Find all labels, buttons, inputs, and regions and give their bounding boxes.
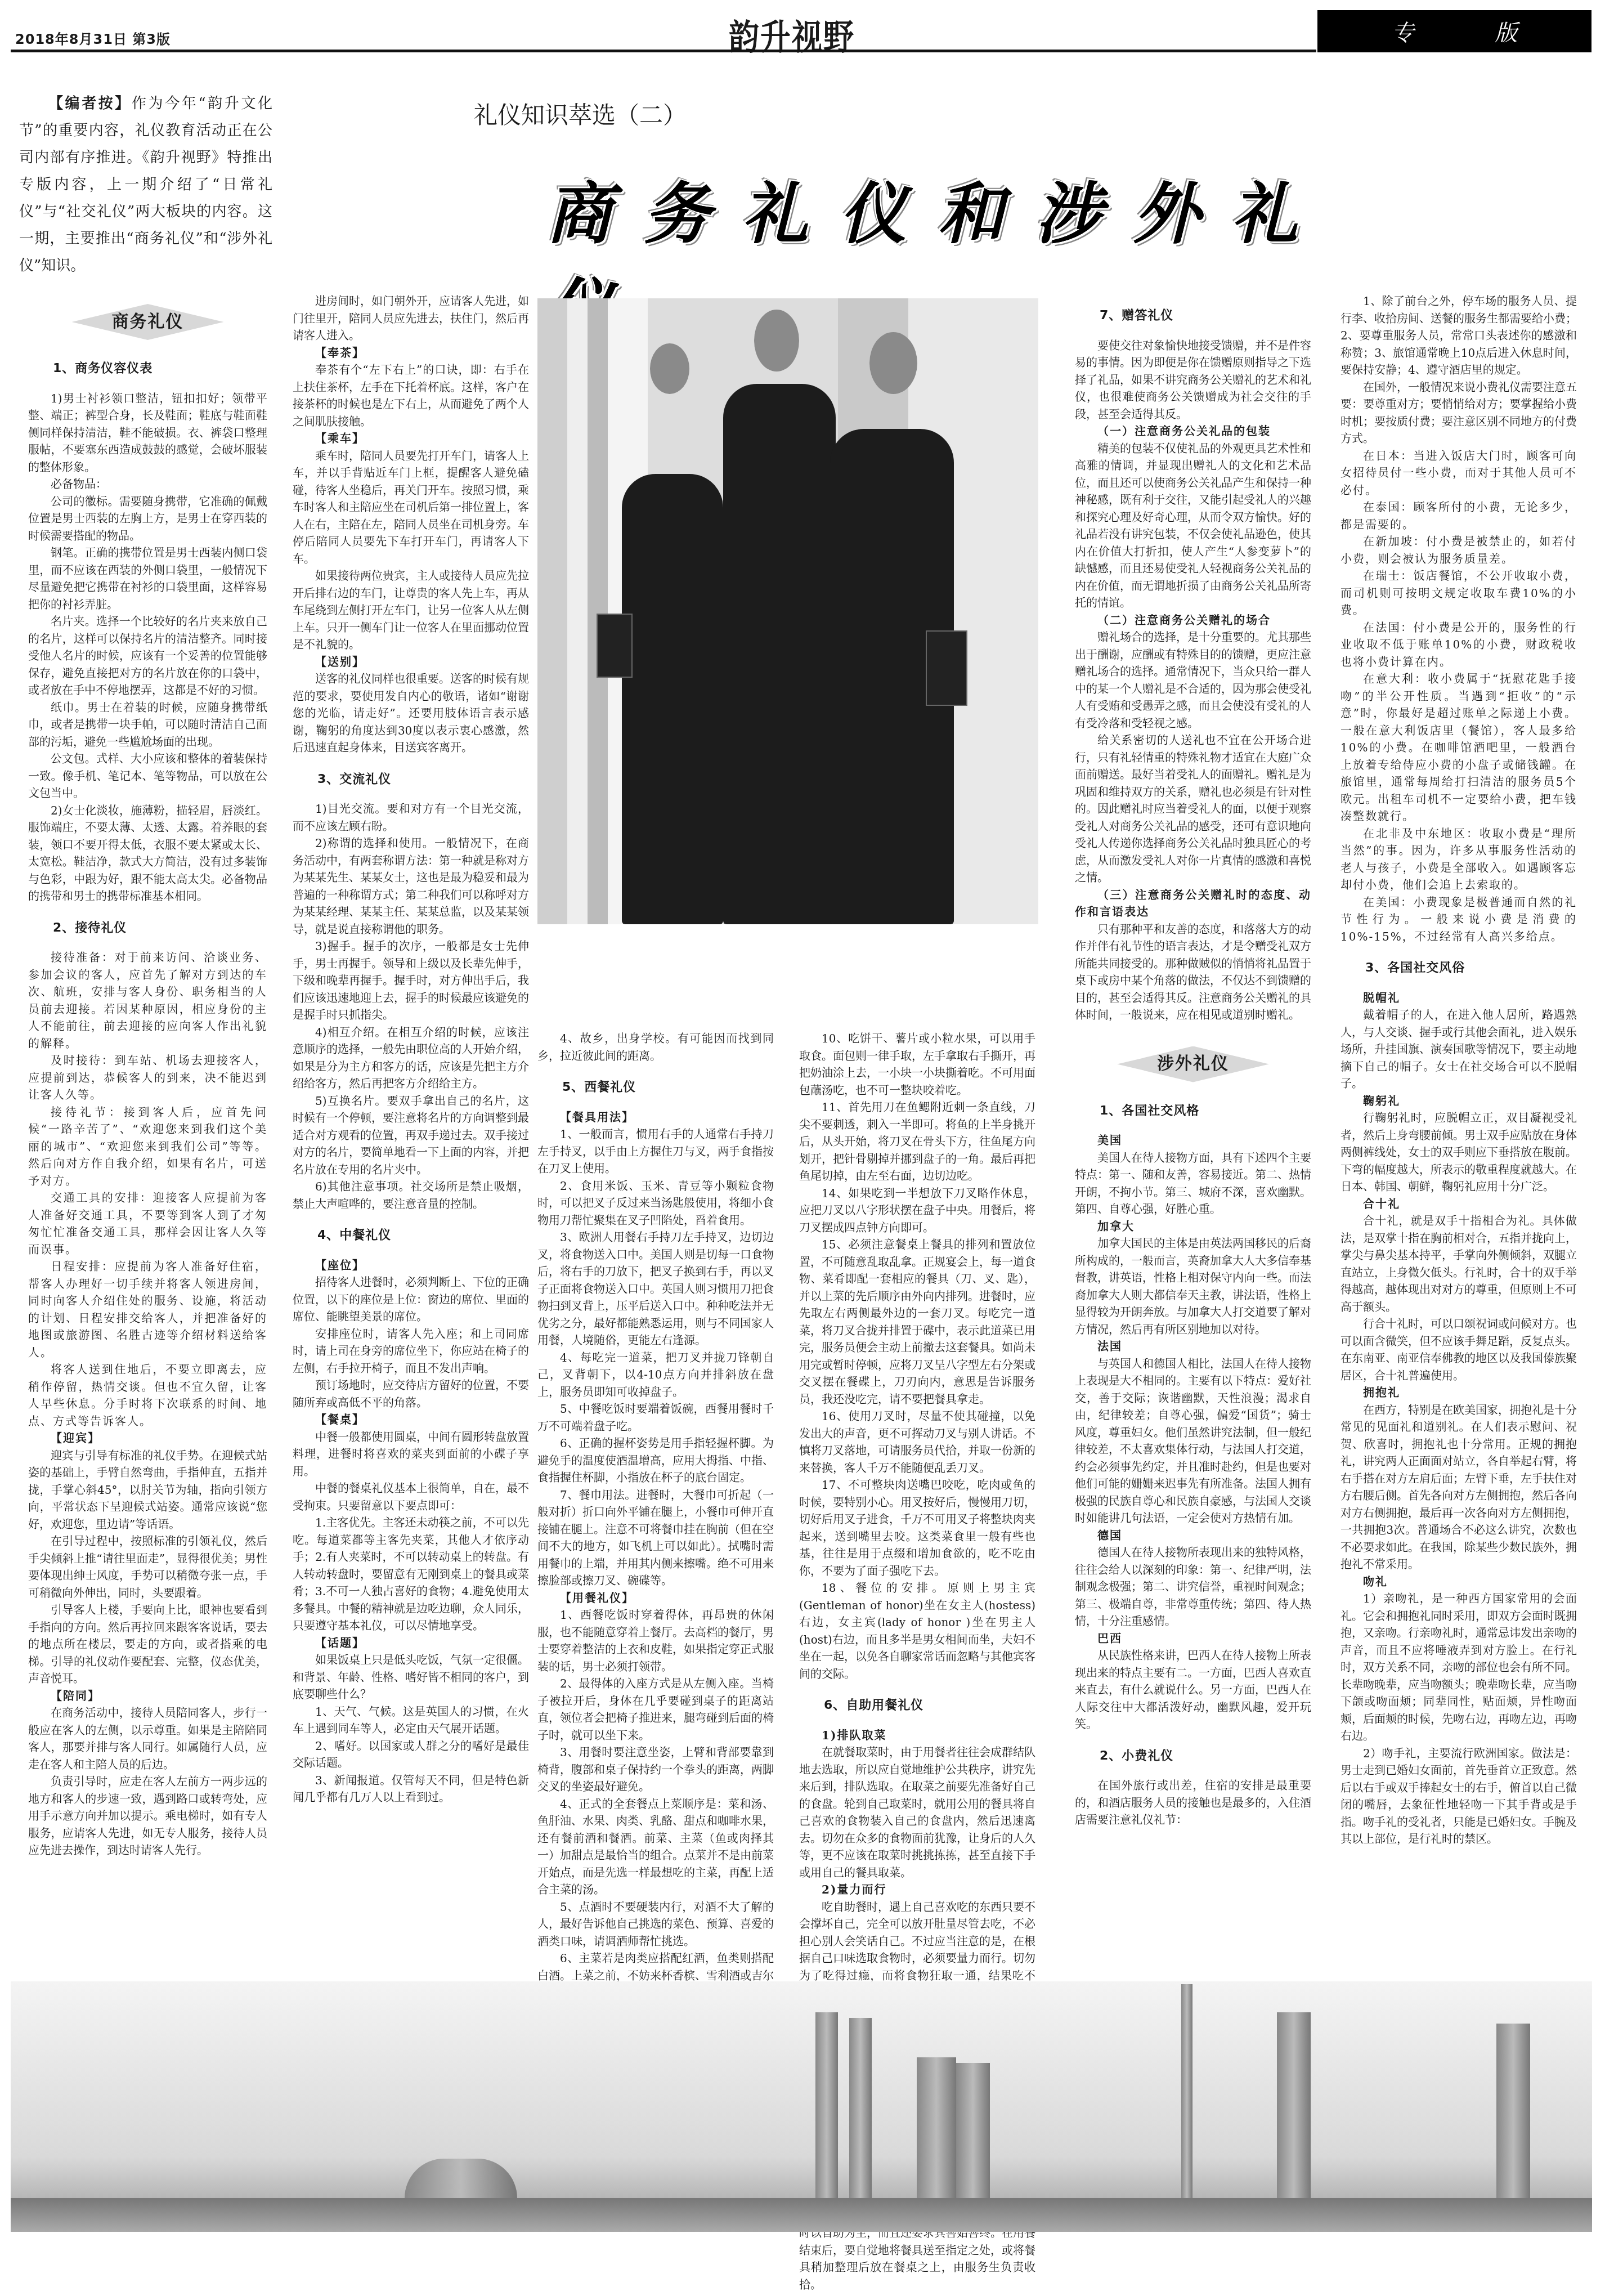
subheading: 【用餐礼仪】: [537, 1590, 774, 1607]
figure-head: [650, 343, 689, 394]
tip-item: 在北非及中东地区：收取小费是“理所当然”的事。因为，许多从事服务性活动的老人与孩…: [1341, 825, 1577, 894]
paragraph: 在商务活动中，接待人员陪同客人，步行一般应在客人的左侧，以示尊重。如果是主陪陪同…: [28, 1704, 267, 1773]
tip-item: 在泰国：顾客所付的小费，无论多少，都是需要的。: [1341, 499, 1577, 533]
paragraph: 日程安排：应提前为客人准备好住宿，帮客人办理好一切手续并将客人领进房间，同时向客…: [28, 1258, 267, 1361]
paragraph: 17、不可整块肉送嘴巴咬吃，吃肉或鱼的时候，要特别小心。用叉按好后，慢慢用刀切，…: [799, 1476, 1035, 1579]
paragraph: 2)称谓的选择和使用。一般情况下，在商务活动中，有两套称谓方法：第一种就是称对方…: [293, 835, 529, 938]
paragraph: 2、嗜好。以国家或人群之分的嗜好是最佳交际话题。: [293, 1738, 529, 1772]
paragraph: 4、故乡，出身学校。有可能因而找到同乡，拉近彼此间的距离。: [537, 1030, 774, 1064]
paragraph: 如果饭桌上只是低头吃饭，气氛一定很僵。和背景、年龄、性格、嗜好皆不相同的客户，到…: [293, 1651, 529, 1703]
country-heading: 美国: [1075, 1132, 1311, 1149]
section-heading: 3、各国社交风俗: [1341, 960, 1577, 977]
paragraph: 钢笔。正确的携带位置是男士西装内侧口袋里，而不应该在西装的外侧口袋里，一般情况下…: [28, 544, 267, 613]
paragraph: 迎宾与引导有标准的礼仪手势。在迎候式站姿的基础上，手臂自然弯曲，手指伸直，五指并…: [28, 1447, 267, 1533]
paragraph: 5、中餐吃饭时要端着饭碗，西餐用餐时千万不可端着盘子吃。: [537, 1400, 774, 1435]
section-heading: 4、中餐礼仪: [293, 1227, 529, 1245]
paragraph: 5)互换名片。要双手拿出自己的名片，这时候有一个停顿，要注意将名片的方向调整到最…: [293, 1093, 529, 1179]
paragraph: 给关系密切的人送礼也不宜在公开场合进行，只有礼轻情重的特殊礼物才适宜在大庭广众面…: [1075, 732, 1311, 887]
paragraph: 纸巾。男士在着装的时候，应随身携带纸巾，或者是携带一块手帕，可以随时清洁自己面部…: [28, 699, 267, 751]
paragraph: 进房间时，如门朝外开，应请客人先进，如门往里开，陪同人员应先进去，扶住门，然后再…: [293, 293, 529, 344]
issue-date: 2018年8月31日 第3版: [15, 28, 171, 48]
column-2: 进房间时，如门朝外开，应请客人先进，如门往里开，陪同人员应先进去，扶住门，然后再…: [293, 293, 529, 1806]
custom-heading: 脱帽礼: [1341, 990, 1577, 1007]
paragraph: 在引导过程中，按照标准的引领礼仪，然后手尖倾斜上推“请往里面走”，显得很优美；男…: [28, 1533, 267, 1601]
tip-country: 在日本：: [1363, 449, 1414, 463]
editor-note-text: 作为今年“韵升文化节”的重要内容，礼仪教育活动正在公司内部有序推进。《韵升视野》…: [19, 95, 272, 274]
section-heading: 6、自助用餐礼仪: [799, 1697, 1035, 1715]
paragraph: 加拿大国民的主体是由英法两国移民的后裔所构成的，一般而言，英裔加拿大人大多信奉基…: [1075, 1235, 1311, 1338]
paragraph: 3)握手。握手的次序，一般都是女士先伸手，男士再握手。领导和上级以及长辈先伸手，…: [293, 938, 529, 1024]
paragraph: 4、正式的全套餐点上菜顺序是：菜和汤、鱼肝油、水果、肉类、乳酪、甜点和咖啡水果，…: [537, 1796, 774, 1899]
editor-note-tag: 【编者按】: [48, 95, 132, 112]
tip-country: 在瑞士：: [1363, 569, 1414, 583]
paragraph: 1、除了前台之外，停车场的服务人员、提行李、收拾房间、送餐的服务生都需要给小费；…: [1341, 293, 1577, 379]
paragraph: 1、天气、气候。这是英国人的习惯，在火车上遇到同车等人，必定由天气展开话题。: [293, 1703, 529, 1738]
paragraph: 公文包。式样、大小应该和整体的着装保持一致。像手机、笔记本、笔等物品，可以放在公…: [28, 750, 267, 802]
paragraph: 美国人在待人接物方面，具有下述四个主要特点：第一、随和友善，容易接近。第二、热情…: [1075, 1149, 1311, 1218]
badge-char-2: 版: [1495, 15, 1517, 47]
custom-heading: 拥抱礼: [1341, 1384, 1577, 1402]
header-rule: [11, 50, 1316, 52]
paragraph: 10、吃饼干、薯片或小粒水果，可以用手取食。面包则一律手取，左手拿取右手撕开，再…: [799, 1030, 1035, 1099]
paragraph: 4)相互介绍。在相互介绍的时候，应该注意顺序的选择，一般先由职位高的人开始介绍，…: [293, 1024, 529, 1093]
tip-item: 在意大利：收小费属于“抚慰花匙手接吻”的半公开性质。当遇到“拒收”的“示意”时，…: [1341, 670, 1577, 825]
country-heading: 法国: [1075, 1338, 1311, 1355]
paragraph: 2）吻手礼，主要流行欧洲国家。做法是：男士走到已婚妇女面前，首先垂首立正致意。然…: [1341, 1745, 1577, 1848]
paragraph: 行鞠躬礼时，应脱帽立正，双目凝视受礼者，然后上身弯腰前倾。男士双手应贴放在身体两…: [1341, 1109, 1577, 1196]
paragraph: 必备物品：: [28, 476, 267, 493]
subheading: 【餐具用法】: [537, 1109, 774, 1126]
paragraph: 精美的包装不仅使礼品的外观更具艺术性和高雅的情调，并显现出赠礼人的文化和艺术品位…: [1075, 440, 1311, 612]
subheading: 【迎宾】: [28, 1430, 267, 1447]
tip-country: 在新加坡：: [1363, 535, 1426, 548]
subheading: （一）注意商务公关礼品的包装: [1075, 423, 1311, 440]
paragraph: 3、用餐时要注意坐姿，上臂和背部要靠到椅背，腹部和桌子保持约一个拳头的距离，两脚…: [537, 1744, 774, 1796]
paragraph: 11、首先用刀在鱼鳃附近刺一条直线，刀尖不要刺透，刺入一半即可。将鱼的上半身挑开…: [799, 1099, 1035, 1185]
editor-note: 【编者按】作为今年“韵升文化节”的重要内容，礼仪教育活动正在公司内部有序推进。《…: [19, 90, 272, 279]
tip-item: 在日本：当进入饭店大门时，顾客可向女招待员付一些小费，而对于其他人员可不必付。: [1341, 447, 1577, 499]
paragraph: 奉茶有个“左下右上”的口诀，即：右手在上扶住茶杯，左手在下托着杯底。这样，客户在…: [293, 361, 529, 430]
tip-item: 在新加坡：付小费是被禁止的，如若付小费，则会被认为服务质量差。: [1341, 533, 1577, 567]
subheading: 【奉茶】: [293, 344, 529, 362]
figure-woman: [622, 474, 723, 924]
paragraph: 如果接待两位贵宾，主人或接待人员应先拉开后排右边的车门，让尊贵的客人先上车，再从…: [293, 567, 529, 654]
subheading: 1)排队取菜: [799, 1727, 1035, 1744]
paragraph: 16、使用刀叉时，尽量不使其碰撞，以免发出大的声音，更不可挥动刀叉与别人讲话。不…: [799, 1408, 1035, 1476]
tip-country: 在意大利：: [1363, 672, 1428, 686]
paragraph: 1)目光交流。要和对方有一个目光交流，而不应该左顾右盼。: [293, 800, 529, 835]
opera-house-shape: [405, 2159, 517, 2198]
section-heading: 1、商务仪容仪表: [28, 360, 267, 378]
paragraph: 将客人送到住地后，不要立即离去，应稍作停留，热情交谈。但也不宜久留，让客人早些休…: [28, 1361, 267, 1430]
subheading: 2)量力而行: [799, 1881, 1035, 1899]
subheading: 【陪同】: [28, 1688, 267, 1705]
paragraph: 2)女士化淡妆，施薄粉，描轻眉，唇淡红。服饰端庄，不要太薄、太透、太露。着养眼的…: [28, 802, 267, 905]
paragraph: 德国人在待人接物所表现出来的独特风格，往往会给人以深刻的印象：第一、纪律严明，法…: [1075, 1544, 1311, 1630]
special-edition-badge: 专 版: [1317, 10, 1591, 52]
paragraph: 接待准备：对于前来访问、洽谈业务、参加会议的客人，应首先了解对方到达的车次、航班…: [28, 949, 267, 1052]
section-banner-foreign: 涉外礼仪: [1117, 1046, 1269, 1082]
paragraph: 与英国人和德国人相比，法国人在待人接物上表现是大不相同的。主要有以下特点：爱好社…: [1075, 1355, 1311, 1527]
paragraph: 1）亲吻礼，是一种西方国家常用的会面礼。它会和拥抱礼同时采用，即双方会面时既拥抱…: [1341, 1590, 1577, 1745]
section-banner-business: 商务礼仪: [72, 304, 224, 340]
paragraph: 3、欧洲人用餐右手持刀左手持叉，边切边叉，将食物送入口中。美国人则是切每一口食物…: [537, 1229, 774, 1349]
figure-head: [754, 310, 799, 372]
paragraph: 引导客人上楼，手要向上比，眼神也要看到手指向的方向。然后再拉回来跟客客说话，要去…: [28, 1601, 267, 1688]
subheading: （二）注意商务公关赠礼的场合: [1075, 612, 1311, 629]
paragraph: 14、如果吃到一半想放下刀叉略作休息，应把刀叉以八字形状摆在盘子中央。用餐后，将…: [799, 1185, 1035, 1237]
custom-heading: 合十礼: [1341, 1196, 1577, 1213]
subheading: 【座位】: [293, 1257, 529, 1274]
paragraph: 1、一般而言，惯用右手的人通常右手持刀左手持叉，以手由上方握住刀与叉，两手食指按…: [537, 1126, 774, 1178]
section-heading: 3、交流礼仪: [293, 771, 529, 789]
city-skyline-image: [11, 1981, 1592, 2232]
paragraph: 合十礼，就是双手十指相合为礼。具体做法，是双掌十指在胸前相对合，五指并拢向上，掌…: [1341, 1212, 1577, 1315]
column-6: 1、除了前台之外，停车场的服务人员、提行李、收拾房间、送餐的服务生都需要给小费；…: [1341, 293, 1577, 1848]
paragraph: 安排座位时，请客人先入座；和上司同席时，请上司在身旁的席位坐下，你应站在椅子的左…: [293, 1326, 529, 1377]
paragraph: 中餐一般都使用圆桌，中间有圆形转盘放置料理，进餐时将喜欢的菜夹到面前的小碟子享用…: [293, 1429, 529, 1480]
paragraph: 18、餐位的安排。原则上男主宾(Gentleman of honor)坐在女主人…: [799, 1579, 1035, 1682]
paragraph: 只有那种平和友善的态度，和落落大方的动作并伴有礼节性的语言表达，才是令赠受礼双方…: [1075, 921, 1311, 1024]
country-heading: 加拿大: [1075, 1218, 1311, 1236]
country-heading: 巴西: [1075, 1630, 1311, 1648]
masthead: 2018年8月31日 第3版 韵升视野 专 版: [0, 0, 1605, 53]
country-heading: 德国: [1075, 1527, 1311, 1545]
newspaper-title: 韵升视野: [729, 10, 855, 60]
business-people-photo: [537, 298, 1038, 924]
subheading: 【送别】: [293, 654, 529, 671]
paragraph: 1、西餐吃饭时穿着得体，再昂贵的休闲服，也不能随意穿着上餐厅。去高档的餐厅，男士…: [537, 1606, 774, 1675]
custom-heading: 吻礼: [1341, 1573, 1577, 1591]
subheading: 【话题】: [293, 1635, 529, 1652]
building-shape: [917, 2057, 956, 2198]
paragraph: 5、点酒时不要硬装内行，对酒不大了解的人，最好告诉他自己挑选的菜色、预算、喜爱的…: [537, 1899, 774, 1950]
paragraph: 6)其他注意事项。社交场所是禁止吸烟，禁止大声喧哗的，要注意音量的控制。: [293, 1178, 529, 1212]
skyscraper-shape: [1496, 2024, 1530, 2198]
tip-country: 在北非及中东地区：: [1363, 827, 1480, 840]
paragraph: 预订场地时，应交待店方留好的位置，不要随所弃或高低不平的角落。: [293, 1377, 529, 1411]
paragraph: 在国外，一般情况来说小费礼仪需要注意五要：要尊重对方；要悄悄给对方；要掌握给小费…: [1341, 379, 1577, 447]
skyscraper-shape: [1277, 2012, 1311, 2198]
section-heading: 1、各国社交风格: [1075, 1103, 1311, 1120]
paragraph: 15、必须注意餐桌上餐具的排列和置放位置，不可随意乱取乱拿。正规宴会上，每一道食…: [799, 1236, 1035, 1408]
column-5: 7、赠答礼仪 要使交往对象愉快地接受馈赠，并不是件容易的事情。因为即便是你在馈赠…: [1075, 293, 1311, 1829]
paragraph: 接待礼节：接到客人后，应首先问候“一路辛苦了”、“欢迎您来到我们这个美丽的城市”…: [28, 1104, 267, 1190]
paragraph: 交通工具的安排：迎接客人应提前为客人准备好交通工具，不要等到客人到了才匆匆忙忙准…: [28, 1189, 267, 1258]
briefcase-icon: [926, 630, 967, 706]
paragraph: 戴着帽子的人，在进入他人居所，路遇熟人，与人交谈、握手或行其他会面礼，进入娱乐场…: [1341, 1006, 1577, 1093]
paragraph: 招待客人进餐时，必须判断上、下位的正确位置，以下的座位是上位：窗边的席位、里面的…: [293, 1274, 529, 1326]
paragraph: 在西方，特别是在欧美国家，拥抱礼是十分常见的见面礼和道别礼。在人们表示慰问、祝贺…: [1341, 1402, 1577, 1573]
tip-country: 在法国：: [1363, 621, 1414, 634]
paragraph: 1)男士衬衫领口整洁，钮扣扣好；领带平整、端正；裤型合身，长及鞋面；鞋底与鞋面鞋…: [28, 390, 267, 476]
tip-country: 在美国：: [1363, 896, 1414, 909]
tip-item: 在美国：小费现象是极普通而自然的礼节性行为。一般来说小费是消费的10%-15%，…: [1341, 894, 1577, 946]
paragraph: 在就餐取菜时，由于用餐者往往会成群结队地去选取，所以应自觉地维护公共秩序，讲究先…: [799, 1744, 1035, 1881]
briefcase-icon: [597, 614, 633, 678]
paragraph: 乘车时，陪同人员要先打开车门，请客人上车，并以手背贴近车门上框，提醒客人避免磕碰…: [293, 447, 529, 568]
paragraph: 从民族性格来讲，巴西人在待人接物上所表现出来的特点主要有二。一方面，巴西人喜欢直…: [1075, 1647, 1311, 1733]
paragraph: 名片夹。选择一个比较好的名片夹来放自己的名片，这样可以保持名片的清洁整齐。同时接…: [28, 613, 267, 699]
figure-man-center: [723, 384, 836, 924]
paragraph: 赠礼场合的选择，是十分重要的。尤其那些出于酬谢，应酬或有特殊目的的馈赠，更应注意…: [1075, 629, 1311, 732]
series-title: 礼仪知识萃选（二）: [474, 97, 687, 131]
section-heading: 2、接待礼仪: [28, 920, 267, 937]
paragraph: 1.主客优先。主客还未动筷之前，不可以先吃。每道菜都等主客先夹菜，其他人才依序动…: [293, 1514, 529, 1635]
water-reflection: [11, 2198, 1592, 2232]
tip-item: 在法国：付小费是公开的，服务性的行业收取不低于账单10%的小费，财政税收也将小费…: [1341, 619, 1577, 671]
section-heading: 5、西餐礼仪: [537, 1079, 774, 1096]
paragraph: 行合十礼时，可以口颂祝词或问候对方。也可以面含微笑，但不应该手舞足蹈，反复点头。…: [1341, 1315, 1577, 1384]
paragraph: 送客的礼仪同样也很重要。送客的时候有规范的要求，要使用发自内心的敬语，诸如“谢谢…: [293, 670, 529, 757]
badge-char-1: 专: [1392, 15, 1414, 47]
building-shape: [956, 2063, 990, 2198]
column-1: 商务礼仪 1、商务仪容仪表 1)男士衬衫领口整洁，钮扣扣好；领带平整、端正；裤型…: [28, 304, 267, 1859]
paragraph: 要使交往对象愉快地接受馈赠，并不是件容易的事情。因为即便是你在馈赠原则指导之下选…: [1075, 337, 1311, 423]
paragraph: 7、餐巾用法。进餐时，大餐巾可折起（一般对折）折口向外平铺在腿上，小餐巾可伸开直…: [537, 1487, 774, 1590]
paragraph: 2、食用米饭、玉米、青豆等小颗粒食物时，可以把叉子反过来当汤匙般使用，将细小食物…: [537, 1178, 774, 1229]
subheading: （三）注意商务公关赠礼时的态度、动作和言语表达: [1075, 887, 1311, 921]
paragraph: 3、新闻报道。仅管每天不同，但是特色新闻几乎都有几万人以上看到过。: [293, 1772, 529, 1806]
figure-head: [869, 332, 917, 394]
tv-tower-shape: [1181, 1984, 1192, 2198]
paragraph: 2、最得体的入座方式是从左侧入座。当椅子被拉开后，身体在几乎要碰到桌子的距离站直…: [537, 1675, 774, 1744]
section-heading: 7、赠答礼仪: [1075, 307, 1311, 325]
subheading: 【餐桌】: [293, 1411, 529, 1429]
tip-text: 收小费属于“抚慰花匙手接吻”的半公开性质。当遇到“拒收”的“示意”时，你最好是超…: [1341, 672, 1577, 823]
tip-item: 在瑞士：饭店餐馆，不公开收取小费，而司机则可按明文规定收取车费10%的小费。: [1341, 567, 1577, 619]
paragraph: 在国外旅行或出差，住宿的安排是最重要的，和酒店服务人员的接触也是最多的，入住酒店…: [1075, 1777, 1311, 1829]
tower-shape: [849, 2018, 872, 2198]
paragraph: 6、正确的握杯姿势是用手指轻握杯脚。为避免手的温度使酒温增高，应用大拇指、中指、…: [537, 1435, 774, 1487]
paragraph: 及时接待：到车站、机场去迎接客人，应提前到达，恭候客人的到来，决不能迟到让客人久…: [28, 1052, 267, 1104]
custom-heading: 鞠躬礼: [1341, 1093, 1577, 1110]
tip-country: 在泰国：: [1363, 500, 1414, 514]
paragraph: 中餐的餐桌礼仪基本上很简单，自在，最不受拘束。只要留意以下要点即可：: [293, 1480, 529, 1514]
paragraph: 负责引导时，应走在客人左前方一两步远的地方和客人的步速一致，遇到路口或转弯处，应…: [28, 1773, 267, 1859]
paragraph: 4、每吃完一道菜，把刀叉并拢刀锋朝自己，叉背朝下，以4-10点方向并排斜放在盘上…: [537, 1349, 774, 1401]
tower-shape: [815, 2012, 838, 2198]
section-heading: 2、小费礼仪: [1075, 1748, 1311, 1765]
paragraph: 公司的徽标。需要随身携带，它准确的佩戴位置是男士西装的左胸上方，是男士在穿西装的…: [28, 493, 267, 545]
subheading: 【乘车】: [293, 430, 529, 447]
